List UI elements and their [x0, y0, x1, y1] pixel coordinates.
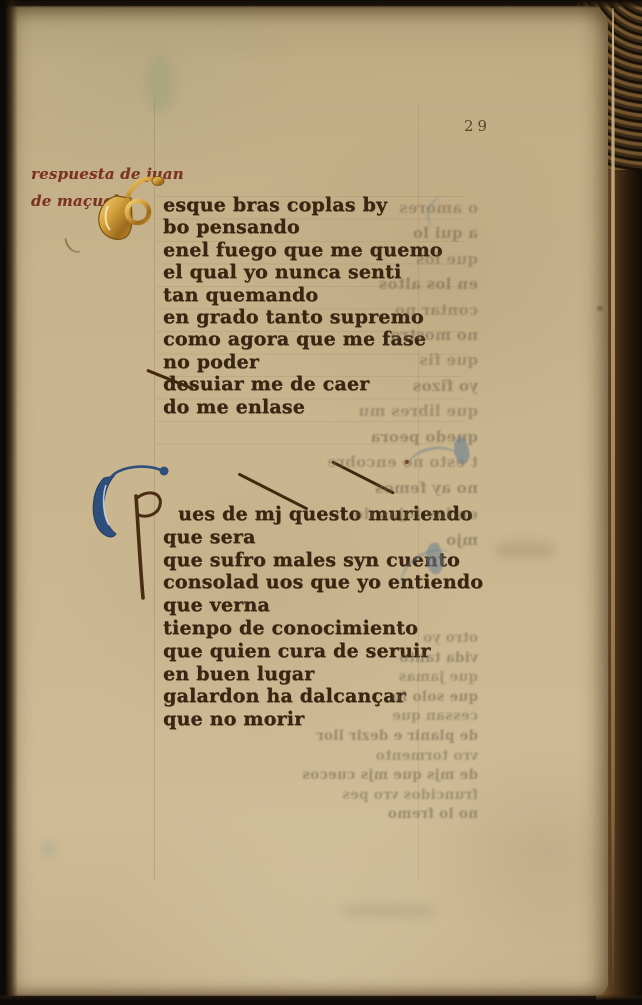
bleed-line: no ay femos	[298, 475, 478, 501]
bleed-line: quedo peora	[306, 425, 478, 450]
parchment-page: 29 respuesta de juan de maçuela esque br…	[6, 6, 608, 996]
bleed-line: vro tormento	[296, 747, 478, 767]
stain	[341, 904, 436, 917]
bleed-line: cessan que	[296, 707, 478, 727]
bleed-line: yo fizos	[306, 374, 478, 399]
verse-line: consolad uos que yo entiendo	[163, 571, 483, 594]
stain	[42, 842, 54, 856]
bleed-line: en los altos	[306, 272, 478, 297]
stain	[496, 542, 554, 558]
photo-border-top	[0, 0, 642, 8]
pen-curl-mark	[64, 236, 80, 255]
bleed-line: a qui lo	[306, 221, 478, 246]
verse-line: que verna	[163, 594, 483, 617]
ink-speck	[597, 306, 603, 311]
bleed-line: de planir e dezir llor	[296, 727, 478, 747]
bleed-line: contar no	[306, 298, 478, 323]
stain	[146, 54, 174, 112]
photo-border-bottom	[0, 994, 642, 1005]
bleed-line: que libres mu	[306, 399, 478, 424]
bleed-line: no lo fremo	[296, 805, 478, 825]
bleed-line: vida tanto	[296, 649, 478, 669]
folio-number: 29	[464, 117, 491, 135]
bleed-line: fruncidos vro pes	[296, 786, 478, 806]
bleed-line: no mostro	[306, 323, 478, 348]
under-page-edge	[611, 8, 615, 990]
bleed-line: que jamas	[296, 668, 478, 688]
bleed-line: en las fojas de	[298, 501, 478, 527]
bleed-line: que fis	[306, 348, 478, 373]
bleed-line: que los	[306, 247, 478, 272]
bleed-line: mjo	[298, 527, 478, 553]
bleed-line: que solo fo	[296, 688, 478, 708]
bleedthrough-text-middle: t esto no encobre no ay femos en las foj…	[298, 449, 478, 553]
bleedthrough-text-lower: otro yo vida tanto que jamas que solo fo…	[296, 629, 478, 825]
bleed-line: de mjs que mjs cuecos	[296, 766, 478, 786]
bleed-line: otro yo	[296, 629, 478, 649]
photo-border-left	[0, 0, 18, 1005]
manuscript-page-photo: 29 respuesta de juan de maçuela esque br…	[0, 0, 642, 1005]
illuminated-initial-d	[92, 172, 170, 246]
bleedthrough-text-upper: o amores a qui lo que los en los altos c…	[306, 196, 478, 450]
